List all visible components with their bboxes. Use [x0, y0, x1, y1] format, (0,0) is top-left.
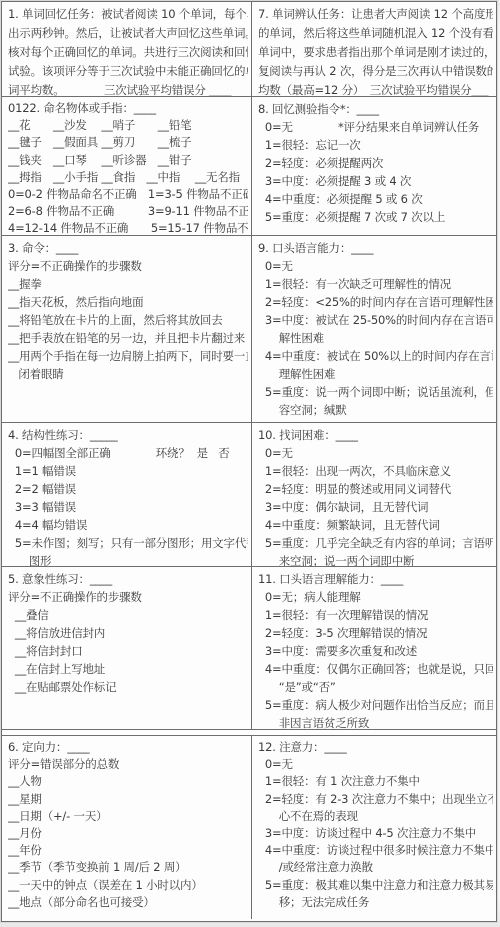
text-line: 7. 单词辨认任务：让患者大声阅读 12 个高度形象性 [258, 5, 493, 24]
text-line: 12. 注意力：____ [258, 739, 493, 756]
text-line: 4=中重度：必须提醒 5 或 6 次 [258, 190, 493, 208]
text-line: 1=很轻：有 1 次注意力不集中 [258, 773, 493, 790]
text-line: 0=无 *评分结果来自单词辨认任务 [258, 118, 493, 136]
text-line: __毽子 __假面具 __剪刀 __梳子 [8, 134, 248, 151]
section-6-orientation: 6. 定向力：____评分=错误部分的总数__人物__星期__日期（+/- 一天… [2, 736, 252, 919]
text-line: __将铅笔放在卡片的上面，然后将其放回去 [8, 311, 248, 329]
text-line: 10. 找词困难：____ [258, 426, 493, 444]
text-line: __季节（季节变换前 1 周/后 2 周） [8, 859, 248, 876]
section-4-constructional-praxis: 4. 结构性练习：_____ 0=四幅图全部正确 环绕？ 是 否 1=1 幅错误… [2, 423, 252, 567]
text-line: 2=轻度：必须提醒两次 [258, 154, 493, 172]
text-line: __将信封封口 [8, 642, 248, 660]
text-line: /或经常注意力涣散 [258, 859, 493, 876]
text-line: 非因言语贫乏所致 [258, 714, 493, 729]
text-line: 闭着眼睛 [8, 365, 248, 383]
text-line: 2=轻度：明显的赘述或用同义词替代 [258, 480, 493, 498]
section-10-word-finding-difficulty: 10. 找词困难：____ 0=无 1=很轻：出现一两次，不具临床意义 2=轻度… [252, 423, 496, 567]
section-1-word-recall-task: 1. 单词回忆任务：被试者阅读 10 个单词，每个单词出示两秒钟。然后，让被试者… [2, 2, 252, 97]
text-line: 0=四幅图全部正确 环绕？ 是 否 [8, 444, 248, 462]
text-line: __把手表放在铅笔的另一边，并且把卡片翻过来 [8, 329, 248, 347]
text-line: 评分=不正确操作的步骤数 [8, 588, 248, 606]
text-line: 4=中重度：仅偶尔正确回答；也就是说，只回答 [258, 660, 493, 678]
section-0122-naming-objects-fingers: 0122. 命名物体或手指：______花 __沙发 __哨子 __铅笔__毽子… [2, 97, 252, 236]
text-line: 1=1 幅错误 [8, 462, 248, 480]
text-line: 0=无；病人能理解 [258, 588, 493, 606]
text-line: 2=轻度：有 2-3 次注意力不集中；出现坐立不安/ [258, 791, 493, 808]
text-line: 单词中，要求患者指出那个单词是刚才读过的，重 [258, 43, 493, 62]
text-line: 来空洞；说一两个词即中断 [258, 552, 493, 567]
section-11-language-comprehension: 11. 口头语言理解能力：____ 0=无；病人能理解 1=很轻：有一次理解错误… [252, 567, 496, 729]
text-line: __钱夹 __口琴 __听诊器 __钳子 [8, 152, 248, 169]
text-line: __地点（部分命名也可接受） [8, 894, 248, 911]
text-line: 试验。该项评分等于三次试验中未能正确回忆的单 [8, 62, 248, 81]
text-line: 移；无法完成任务 [258, 894, 493, 911]
text-line: __握拳 [8, 275, 248, 293]
text-line: 解性困难 [258, 329, 493, 347]
text-line: 0=无 [258, 756, 493, 773]
section-3-commands: 3. 命令：____评分=不正确操作的步骤数__握拳__指天花板，然后指向地面_… [2, 236, 252, 423]
text-line: 3=中度：必须提醒 3 或 4 次 [258, 172, 493, 190]
text-line: 0=无 [258, 257, 493, 275]
text-line: 5=重度：必须提醒 7 次或 7 次以上 [258, 208, 493, 226]
text-line: __月份 [8, 825, 248, 842]
text-line: 1. 单词回忆任务：被试者阅读 10 个单词，每个单词 [8, 5, 248, 24]
text-line: __人物 [8, 773, 248, 790]
text-line: __星期 [8, 791, 248, 808]
text-line: 8. 回忆测验指令*：____ [258, 100, 493, 118]
text-line: 3=中度：被试在 25-50%的时间内存在言语可理 [258, 311, 493, 329]
text-line: 3=中度：需要多次重复和改述 [258, 642, 493, 660]
assessment-form-table: 1. 单词回忆任务：被试者阅读 10 个单词，每个单词出示两秒钟。然后，让被试者… [1, 1, 497, 922]
text-line: __一天中的钟点（误差在 1 小时以内） [8, 877, 248, 894]
text-line: 0122. 命名物体或手指：____ [8, 100, 248, 117]
text-line: 出示两秒钟。然后，让被试者大声回忆这些单词。 [8, 24, 248, 43]
text-line: 1=很轻：有一次理解错误的情况 [258, 606, 493, 624]
text-line: 4=中重度：访谈过程中很多时候注意力不集中和 [258, 842, 493, 859]
text-line: 5=重度：极其难以集中注意力和注意力极其易转 [258, 877, 493, 894]
text-line: 复阅读与再认 2 次，得分是三次再认中错误数的平 [258, 62, 493, 81]
text-line: “是”或“否” [258, 678, 493, 696]
assessment-table-upper: 1. 单词回忆任务：被试者阅读 10 个单词，每个单词出示两秒钟。然后，让被试者… [2, 2, 496, 730]
text-line: 理解性困难 [258, 365, 493, 383]
text-line: 图形 [8, 552, 248, 567]
scanned-form-page: 1. 单词回忆任务：被试者阅读 10 个单词，每个单词出示两秒钟。然后，让被试者… [0, 0, 500, 927]
assessment-table-lower: 6. 定向力：____评分=错误部分的总数__人物__星期__日期（+/- 一天… [2, 735, 496, 919]
text-line: 3=中度：访谈过程中 4-5 次注意力不集中 [258, 825, 493, 842]
text-line: __拇指 __小手指 __食指 __中指 __无名指 [8, 169, 248, 186]
text-line: 4=中重度：频繁缺词，且无替代词 [258, 516, 493, 534]
text-line: 5=未作图；刻写；只有一部分图形；用文字代替 [8, 534, 248, 552]
text-line: 5. 意象性练习：____ [8, 570, 248, 588]
section-8-remembering-test-instructions: 8. 回忆测验指令*：____ 0=无 *评分结果来自单词辨认任务 1=很轻：忘… [252, 97, 496, 236]
section-7-word-recognition-task: 7. 单词辨认任务：让患者大声阅读 12 个高度形象性的单词，然后将这些单词随机… [252, 2, 496, 97]
text-line: 2=6-8 件物品不正确 3=9-11 件物品不正确 [8, 203, 248, 220]
text-line: 心不在焉的表现 [258, 808, 493, 825]
text-line: 5=重度：病人极少对问题作出恰当反应；而且并 [258, 696, 493, 714]
text-line: 均数（最高=12 分） 三次试验平均错误分___ [258, 81, 493, 97]
text-line: __指天花板，然后指向地面 [8, 293, 248, 311]
section-9-spoken-language-ability: 9. 口头语言能力：____ 0=无 1=很轻：有一次缺乏可理解性的情况 2=轻… [252, 236, 496, 423]
text-line: __叠信 [8, 606, 248, 624]
text-line: 评分=错误部分的总数 [8, 756, 248, 773]
text-line: 0=无 [258, 444, 493, 462]
text-line: __在贴邮票处作标记 [8, 678, 248, 696]
text-line: __将信放进信封内 [8, 624, 248, 642]
text-line: 4=4 幅均错误 [8, 516, 248, 534]
text-line: 6. 定向力：____ [8, 739, 248, 756]
text-line: 4=中重度：被试在 50%以上的时间内存在言语可 [258, 347, 493, 365]
text-line: __年份 [8, 842, 248, 859]
text-line: 2=轻度：<25%的时间内存在言语可理解性困难 [258, 293, 493, 311]
text-line: 的单词，然后将这些单词随机混入 12 个没有看过的 [258, 24, 493, 43]
text-line: 4. 结构性练习：_____ [8, 426, 248, 444]
text-line: 0=0-2 件物品命名不正确 1=3-5 件物品不正确 [8, 186, 248, 203]
text-line: 2=轻度：3-5 次理解错误的情况 [258, 624, 493, 642]
text-line: 9. 口头语言能力：____ [258, 239, 493, 257]
text-line: 2=2 幅错误 [8, 480, 248, 498]
text-line: 5=重度：说一两个词即中断；说话虽流利，但内 [258, 383, 493, 401]
text-line: 评分=不正确操作的步骤数 [8, 257, 248, 275]
section-12-attention: 12. 注意力：____ 0=无 1=很轻：有 1 次注意力不集中 2=轻度：有… [252, 736, 496, 919]
text-line: 1=很轻：有一次缺乏可理解性的情况 [258, 275, 493, 293]
text-line: __日期（+/- 一天） [8, 808, 248, 825]
text-line: 3. 命令：____ [8, 239, 248, 257]
text-line: 1=很轻：忘记一次 [258, 136, 493, 154]
text-line: __花 __沙发 __哨子 __铅笔 [8, 117, 248, 134]
text-line: 核对每个正确回忆的单词。共进行三次阅读和回忆 [8, 43, 248, 62]
text-line: __在信封上写地址 [8, 660, 248, 678]
text-line: 5=重度：几乎完全缺乏有内容的单词；言语听起 [258, 534, 493, 552]
text-line: 容空洞；缄默 [258, 401, 493, 419]
text-line: 11. 口头语言理解能力：____ [258, 570, 493, 588]
text-line: 3=3 幅错误 [8, 498, 248, 516]
text-line: 4=12-14 件物品不正确 5=15-17 件物品不正确 [8, 220, 248, 236]
text-line: 词平均数。 三次试验平均错误分 ____ [8, 81, 248, 97]
section-5-ideational-praxis: 5. 意象性练习：____评分=不正确操作的步骤数 __叠信 __将信放进信封内… [2, 567, 252, 729]
text-line: 1=很轻：出现一两次，不具临床意义 [258, 462, 493, 480]
text-line: 3=中度：偶尔缺词，且无替代词 [258, 498, 493, 516]
text-line: __用两个手指在每一边肩膀上拍两下，同时要一直 [8, 347, 248, 365]
